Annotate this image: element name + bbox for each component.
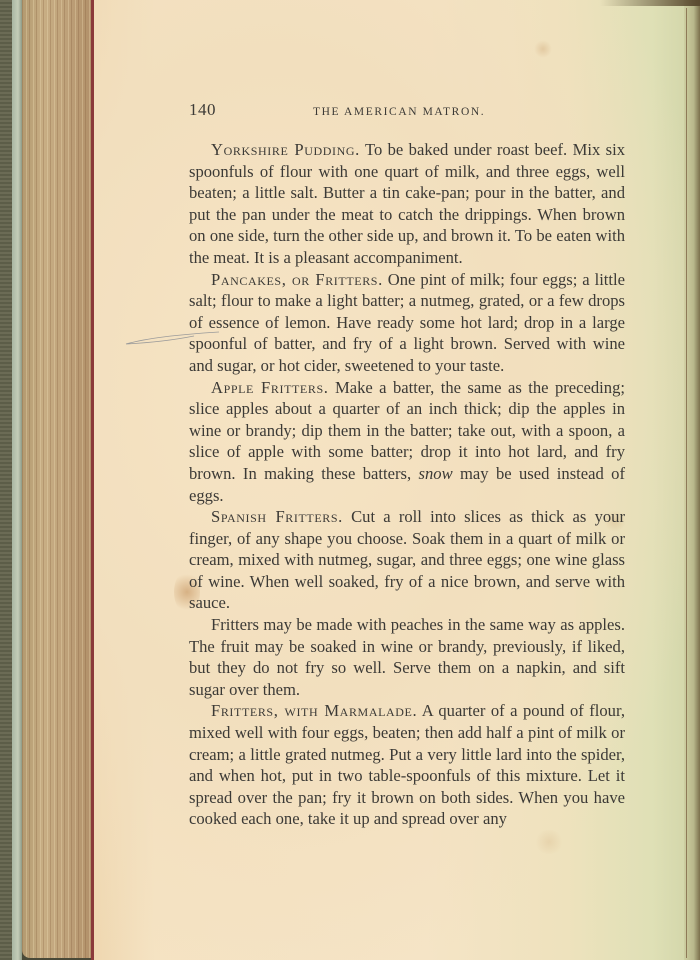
book-cover-lining <box>12 0 22 960</box>
recipe-italic-word: snow <box>419 464 453 483</box>
book-cover-edge <box>0 0 12 960</box>
recipe-heading: Spanish Fritters. <box>211 507 343 526</box>
top-shadow <box>600 0 700 6</box>
page-content: 140 THE AMERICAN MATRON. Yorkshire Puddi… <box>189 99 625 830</box>
recipe-fritters-marmalade: Fritters, with Marmalade. A quarter of a… <box>189 700 625 830</box>
recipe-heading: Yorkshire Pudding. <box>211 140 360 159</box>
recipe-text: Fritters may be made with peaches in the… <box>189 615 625 699</box>
page-stack-edge <box>22 0 94 958</box>
recipe-heading: Fritters, with Marmalade. <box>211 701 417 720</box>
recipe-text: To be baked under roast beef. Mix six sp… <box>189 140 625 267</box>
recipe-pancakes: Pancakes, or Fritters. One pint of milk;… <box>189 269 625 377</box>
page-fold-line <box>686 8 687 958</box>
recipe-yorkshire-pudding: Yorkshire Pudding. To be baked under roa… <box>189 139 625 269</box>
recipe-text: A quarter of a pound of flour, mixed wel… <box>189 701 625 828</box>
running-head: 140 THE AMERICAN MATRON. <box>189 99 625 139</box>
foxing-stain <box>534 830 564 854</box>
recipe-spanish-fritters: Spanish Fritters. Cut a roll into slices… <box>189 506 625 614</box>
page-number: 140 <box>189 99 216 121</box>
recipe-apple-fritters: Apple Fritters. Make a batter, the same … <box>189 377 625 507</box>
recipe-heading: Apple Fritters. <box>211 378 329 397</box>
recipe-peach-fritters-note: Fritters may be made with peaches in the… <box>189 614 625 700</box>
foxing-stain <box>534 40 552 58</box>
recipe-heading: Pancakes, or Fritters. <box>211 270 383 289</box>
running-title: THE AMERICAN MATRON. <box>313 102 485 124</box>
